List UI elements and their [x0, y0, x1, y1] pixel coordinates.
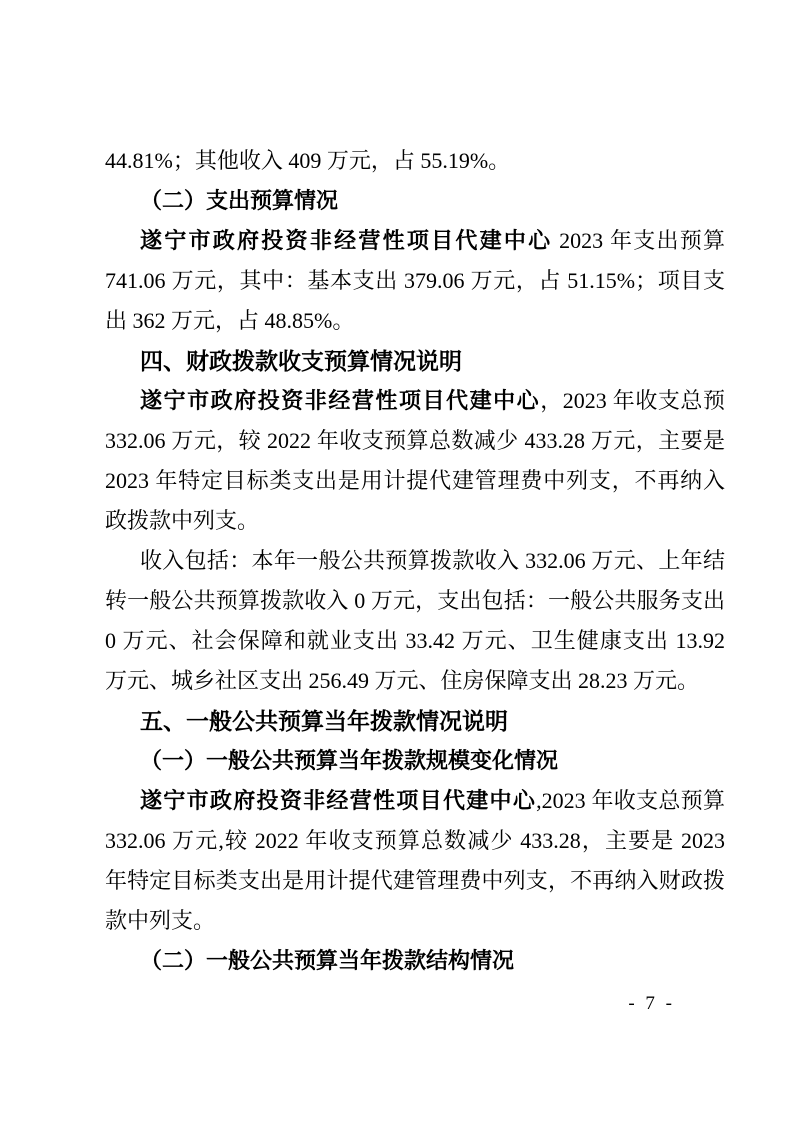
body-line: 出 362 万元，占 48.85%。	[105, 301, 725, 341]
section-heading: 四、财政拨款收支预算情况说明	[105, 341, 725, 381]
body-line: 遂宁市政府投资非经营性项目代建中心，2023 年收支总预算	[105, 381, 725, 421]
body-line: 转一般公共预算拨款收入 0 万元，支出包括：一般公共服务支出	[105, 581, 725, 621]
body-line: 收入包括：本年一般公共预算拨款收入 332.06 万元、上年结	[105, 541, 725, 581]
body-line-text: ,2023 年收支总预算	[536, 788, 725, 813]
document-page: 44.81%；其他收入 409 万元，占 55.19%。 （二）支出预算情况 遂…	[0, 0, 793, 1122]
body-line: 741.06 万元，其中：基本支出 379.06 万元，占 51.15%；项目支	[105, 261, 725, 301]
body-line: 0 万元、社会保障和就业支出 33.42 万元、卫生健康支出 13.92	[105, 621, 725, 661]
body-line: 44.81%；其他收入 409 万元，占 55.19%。	[105, 141, 725, 181]
body-line: 2023 年特定目标类支出是用计提代建管理费中列支，不再纳入财	[105, 461, 725, 501]
subsection-heading: （二）支出预算情况	[105, 181, 725, 221]
body-line: 款中列支。	[105, 901, 725, 941]
page-number: - 7 -	[628, 993, 675, 1015]
section-heading: 五、一般公共预算当年拨款情况说明	[105, 701, 725, 741]
org-name: 遂宁市政府投资非经营性项目代建中心	[140, 388, 540, 413]
body-line: 332.06 万元,较 2022 年收支预算总数减少 433.28，主要是 20…	[105, 821, 725, 861]
subsection-heading: （二）一般公共预算当年拨款结构情况	[105, 941, 725, 981]
body-line: 政拨款中列支。	[105, 501, 725, 541]
document-body: 44.81%；其他收入 409 万元，占 55.19%。 （二）支出预算情况 遂…	[105, 141, 725, 981]
body-line: 遂宁市政府投资非经营性项目代建中心 2023 年支出预算	[105, 221, 725, 261]
body-line: 万元、城乡社区支出 256.49 万元、住房保障支出 28.23 万元。	[105, 661, 725, 701]
org-name: 遂宁市政府投资非经营性项目代建中心	[140, 788, 536, 813]
body-line: 年特定目标类支出是用计提代建管理费中列支，不再纳入财政拨	[105, 861, 725, 901]
body-line: 遂宁市政府投资非经营性项目代建中心,2023 年收支总预算	[105, 781, 725, 821]
body-line-text: 2023 年支出预算	[552, 228, 725, 253]
body-line: 332.06 万元，较 2022 年收支预算总数减少 433.28 万元，主要是	[105, 421, 725, 461]
org-name: 遂宁市政府投资非经营性项目代建中心	[140, 228, 552, 253]
subsection-heading: （一）一般公共预算当年拨款规模变化情况	[105, 741, 725, 781]
